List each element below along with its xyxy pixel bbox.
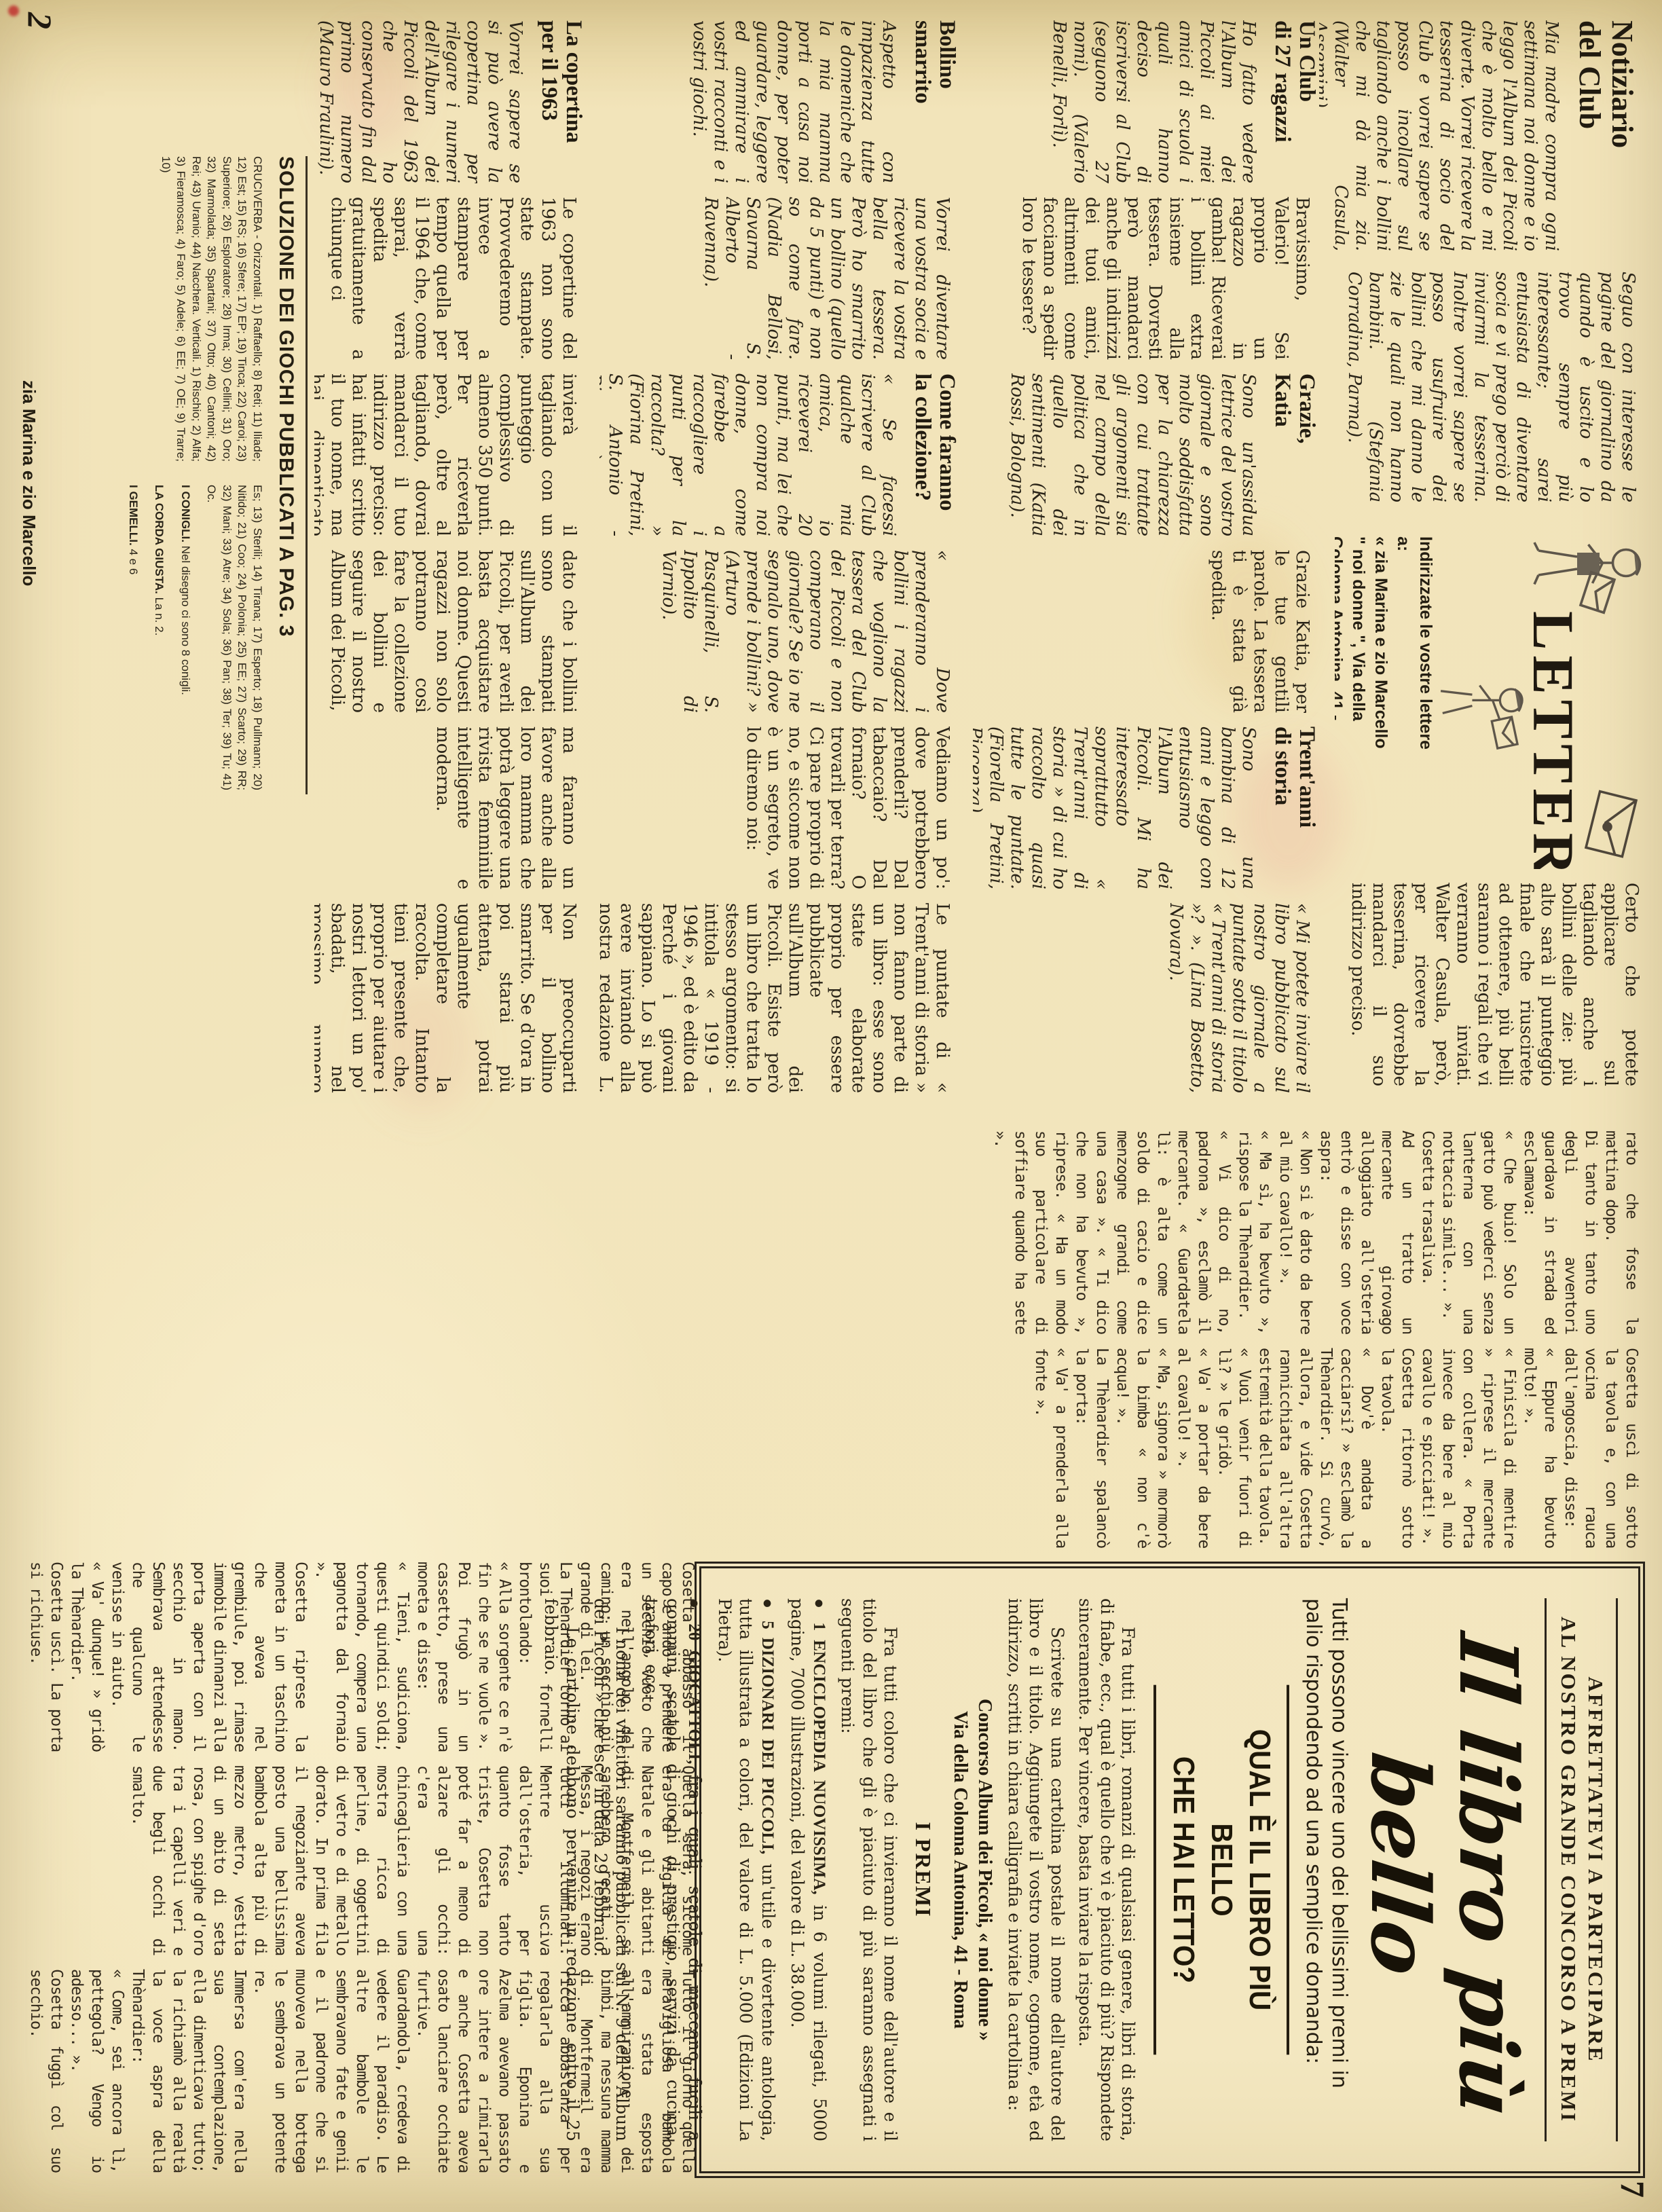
letter-rossi: Sono un'assidua lettrice del vostro gior… [1006,373,1259,536]
letterine-masthead: LETTERINE [1438,516,1662,869]
page-number-7: 7 [1613,2181,1652,2198]
gemelli-solution: I GEMELLI. 4 e 6 [126,485,141,790]
cruciverba-solution-col-2: Es; 13) Sterili; 14) Tirana; 17) Esperto… [126,485,265,790]
story-column-3: Cosetta abbassò il capo e andò a prender… [19,1562,698,1752]
envelope-doodle-icon [1581,788,1642,862]
letter-pasquinelli: « Dove prenderanno i bollini i ragazzi c… [658,550,953,713]
collezione-reply-3: ma faranno un favore anche alla loro mam… [432,726,579,889]
notiziario-column: Notiziario del Club Mia madre compra ogn… [1319,20,1638,251]
collezione-reply-column-3: ma faranno un favore anche alla loro mam… [314,726,579,889]
premi-intro: Fra tutti coloro che ci invieranno il no… [837,1598,902,2141]
contest-address-2: Via della Colonna Antonina, 41 - Roma [948,1598,972,2141]
story-column-5: Tutto il giorno quella meravigliosa bamb… [19,1969,698,2173]
collezione-column: Come faranno la collezione? « Se facessi… [599,373,959,536]
address-line: « zia Marina e zio Marcello [1369,536,1392,760]
page-number-2: 2 [20,12,60,29]
contest-kicker-line-1: AFFRETTATEVI A PARTECIPARE [1582,1598,1609,2141]
story-column-4: Quella sera, siccome era la vigilia di N… [19,1765,698,1955]
prize-enciclopedia: ● 1 ENCICLOPEDIA NUOVISSIMA, in 6 volumi… [787,1598,830,2141]
page-2-letterine: Notiziario del Club Mia madre compra ogn… [0,0,1662,1107]
letter-corradina: Seguo con interesse le pagine del giorna… [1344,272,1638,502]
trentanni-letter-column: « Mi potete inviare il libro pubblicato … [973,903,1312,1093]
unclub-column: Un Club di 27 ragazzi Ho fatto vedere l'… [973,20,1319,183]
letter-fraulini: Vorrei sapere se si può avere la coperti… [315,20,525,183]
letter-column: Seguo con interesse le pagine del giorna… [1319,272,1638,502]
bollino-title: Bollino smarrito [910,20,959,183]
copertina-reply-column-2: invierà il tagliando con un punteggio co… [314,373,579,536]
soluzione-giochi-title: SOLUZIONE DEI GIOCHI PUBBLICATI A PAG. 3 [274,156,297,794]
collezione-reply-2: dato che i bollini sono stampati sull'Al… [327,550,579,713]
copertina-reply-column-1: Le copertine del 1963 non sono state sta… [314,197,579,360]
premi-title: I PREMI [910,1598,936,2141]
letter-bosetto: « Mi potete inviare il libro pubblicato … [1165,903,1312,1093]
scanned-magazine-spread: Notiziario del Club Mia madre compra ogn… [0,0,1662,2212]
letter-pretini: Sono una bambina di 12 anni e leggo con … [973,726,1259,889]
copertina-reply-2: invierà il tagliando con un punteggio co… [314,373,579,536]
prize-dizionari: ● 5 DIZIONARI DEI PICCOLI, un'utile e di… [714,1598,779,2141]
story-column-1: rato che fosse la mattina dopo. Di tanto… [19,1130,1642,1334]
trentanni-column: Trent'anni di storia Sono una bambina di… [973,726,1319,889]
contest-question: QUAL È IL LIBRO PIÙ BELLO CHE HAI LETTO? [1153,1685,1289,2055]
collezione-reply-1: Vediamo un po': dove potrebbero prenderl… [742,726,953,889]
katia-reply: Grazie Katia, per le tue gentili parole.… [1207,550,1312,713]
contest-body-1: Fra tutti i libri, romanzi di qualsiasi … [1075,1598,1139,2141]
address-line: Indirizzate le vostre lettere a: [1392,536,1437,760]
corda-giusta-solution: LA CORDA GIUSTA. La n. 2. [151,485,167,790]
unclub-reply: Bravissimo, Valerio! Sei proprio un raga… [1018,197,1312,360]
bollino-reply: Non preoccuparti per il bollino smarrito… [314,903,579,1093]
katia-column: Grazie, Katia Sono un'assidua lettrice d… [973,373,1319,536]
soluzione-giochi-block: SOLUZIONE DEI GIOCHI PUBBLICATI A PAG. 3… [39,156,308,794]
reply-column: Certo che potete applicare sul tagliando… [1323,883,1642,1086]
katia-title: Grazie, Katia [1270,373,1319,536]
trentanni-reply-column: Le puntate di « Trent'anni di storia » n… [599,903,953,1093]
contest-body-2: Scrivete su una cartolina postale il nom… [1003,1598,1068,2141]
signature-zia-marina: zia Marina e zio Marcello [18,380,39,586]
katia-reply-column: Grazie Katia, per le tue gentili parole.… [973,550,1312,713]
contest-box: AFFRETTATEVI A PARTECIPARE AL NOSTRO GRA… [695,1562,1645,2178]
letterine-title: LETTERINE [1519,611,1587,869]
trentanni-title: Trent'anni di storia [1270,726,1319,889]
contest-intro: Tutti possono vincere uno dei bellissimi… [1300,1598,1352,2141]
reply-bollini-zie: Certo che potete applicare sul tagliando… [1347,883,1642,1086]
letter-bellosi-2: Vorrei diventare una vostra socia e rice… [700,197,953,360]
bollino-letter-column: Vorrei diventare una vostra socia e rice… [599,197,953,360]
address-line: " noi donne ", Via della [1347,536,1369,760]
unclub-title: Un Club di 27 ragazzi [1270,20,1319,183]
collezione-title: Come faranno la collezione? [910,373,959,536]
contest-kicker-line-2: AL NOSTRO GRANDE CONCORSO A PREMI [1555,1598,1582,2141]
child-with-envelope-illustration [1438,662,1530,757]
story-column-2: Cosetta uscì di sotto la tavola e, con u… [19,1348,1642,1548]
trentanni-reply: Le puntate di « Trent'anni di storia » n… [599,903,953,1093]
contest-kicker: AFFRETTATEVI A PARTECIPARE AL NOSTRO GRA… [1545,1598,1618,2141]
child-with-envelope-illustration [1526,516,1648,618]
cruciverba-solution-col-1: CRUCIVERBA - Orizzontali. 1) Raffaello; … [126,156,265,462]
cruciverba-solution-continued: Es; 13) Sterili; 14) Tirana; 17) Esperto… [206,485,265,790]
address-block: Indirizzate le vostre lettere a: « zia M… [1335,536,1437,760]
letter-casula: Mia madre compra ogni settimana noi donn… [1319,20,1562,251]
collezione-reply-column-2: dato che i bollini sono stampati sull'Al… [314,550,579,713]
bollino-reply-column: Non preoccuparti per il bollino smarrito… [314,903,579,1093]
contest-address-1: Concorso Album dei Piccoli, « noi donne … [972,1598,997,2141]
collezione-reply-column: Vediamo un po': dove potrebbero prenderl… [599,726,953,889]
bollino-column: Bollino smarrito Aspetto con impazienza … [599,20,959,183]
address-line: Colonna Antonina, 41 - Roma » [1335,536,1347,760]
copertina-title: La copertina per il 1963 [536,20,586,183]
unclub-reply-column: Bravissimo, Valerio! Sei proprio un raga… [973,197,1312,360]
copertina-reply-1: Le copertine del 1963 non sono state sta… [327,197,579,360]
conigli-solution: I CONIGLI. Nel disegno ci sono 8 conigli… [178,485,193,790]
letter-bellosi-1: Aspetto con impazienza tutte le domenich… [688,20,899,183]
letter-benelli: Ho fatto vedere l'Album dei Piccoli ai m… [1048,20,1259,183]
page-7-story: rato che fosse la mattina dopo. Di tanto… [0,1120,1662,2212]
collezione-letter-column: « Dove prenderanno i bollini i ragazzi c… [599,550,953,713]
copertina-column: La copertina per il 1963 Vorrei sapere s… [314,20,586,183]
contest-title: Il libro più bello [1356,1587,1532,2152]
notiziario-title: Notiziario del Club [1572,20,1638,251]
story-column-5-text: Tutto il giorno quella meravigliosa bamb… [26,1969,698,2173]
letter-pretini-fiorina: « Se facessi iscrivere al Club qualche m… [599,373,899,536]
